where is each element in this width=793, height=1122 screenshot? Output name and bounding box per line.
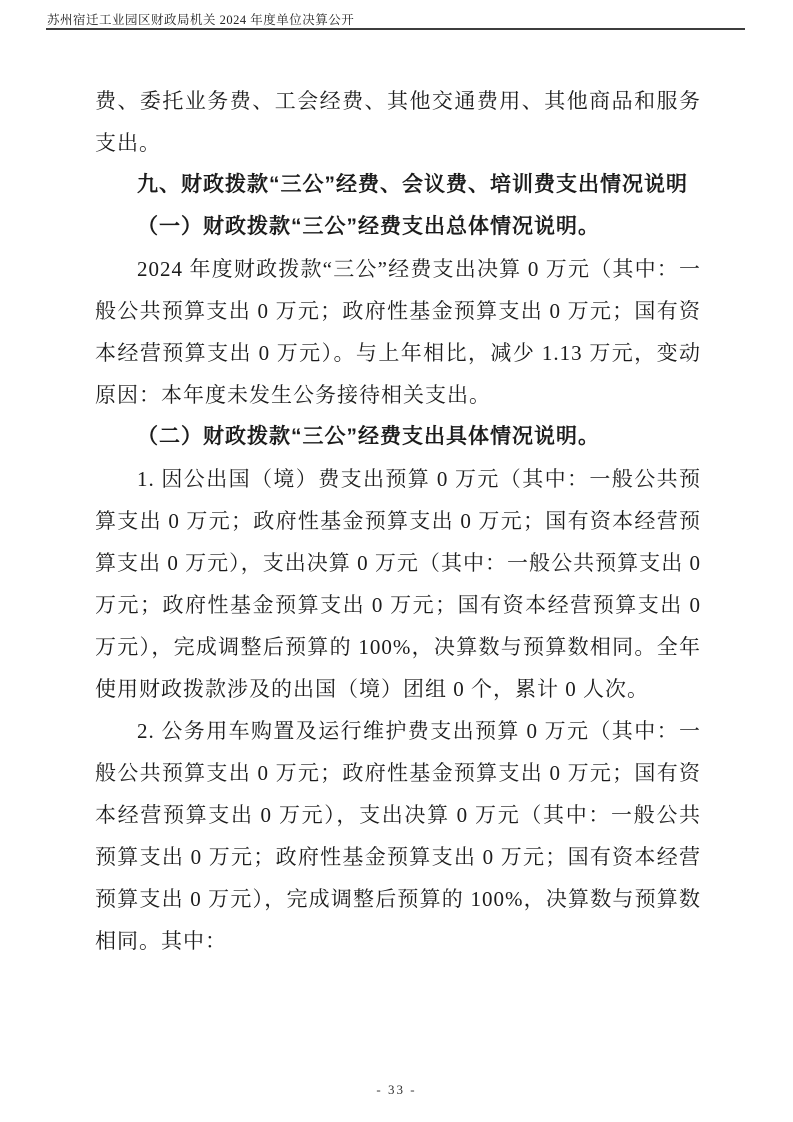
paragraph-overall-situation: 2024 年度财政拨款“三公”经费支出决算 0 万元（其中：一般公共预算支出 0… bbox=[95, 248, 701, 416]
paragraph-item-2-official-vehicles: 2. 公务用车购置及运行维护费支出预算 0 万元（其中：一般公共预算支出 0 万… bbox=[95, 710, 701, 962]
subsection-heading-two: （二）财政拨款“三公”经费支出具体情况说明。 bbox=[95, 416, 701, 458]
subsection-heading-one: （一）财政拨款“三公”经费支出总体情况说明。 bbox=[95, 206, 701, 248]
document-page: 苏州宿迁工业园区财政局机关 2024 年度单位决算公开 费、委托业务费、工会经费… bbox=[0, 0, 793, 1122]
paragraph-continuation: 费、委托业务费、工会经费、其他交通费用、其他商品和服务支出。 bbox=[95, 80, 701, 164]
header-divider-rule bbox=[46, 28, 745, 30]
paragraph-item-1-abroad-expenses: 1. 因公出国（境）费支出预算 0 万元（其中：一般公共预算支出 0 万元；政府… bbox=[95, 458, 701, 710]
document-body: 费、委托业务费、工会经费、其他交通费用、其他商品和服务支出。 九、财政拨款“三公… bbox=[95, 80, 701, 962]
section-heading-nine: 九、财政拨款“三公”经费、会议费、培训费支出情况说明 bbox=[95, 164, 701, 206]
page-number: - 33 - bbox=[0, 1082, 793, 1098]
page-header-title: 苏州宿迁工业园区财政局机关 2024 年度单位决算公开 bbox=[47, 13, 745, 28]
